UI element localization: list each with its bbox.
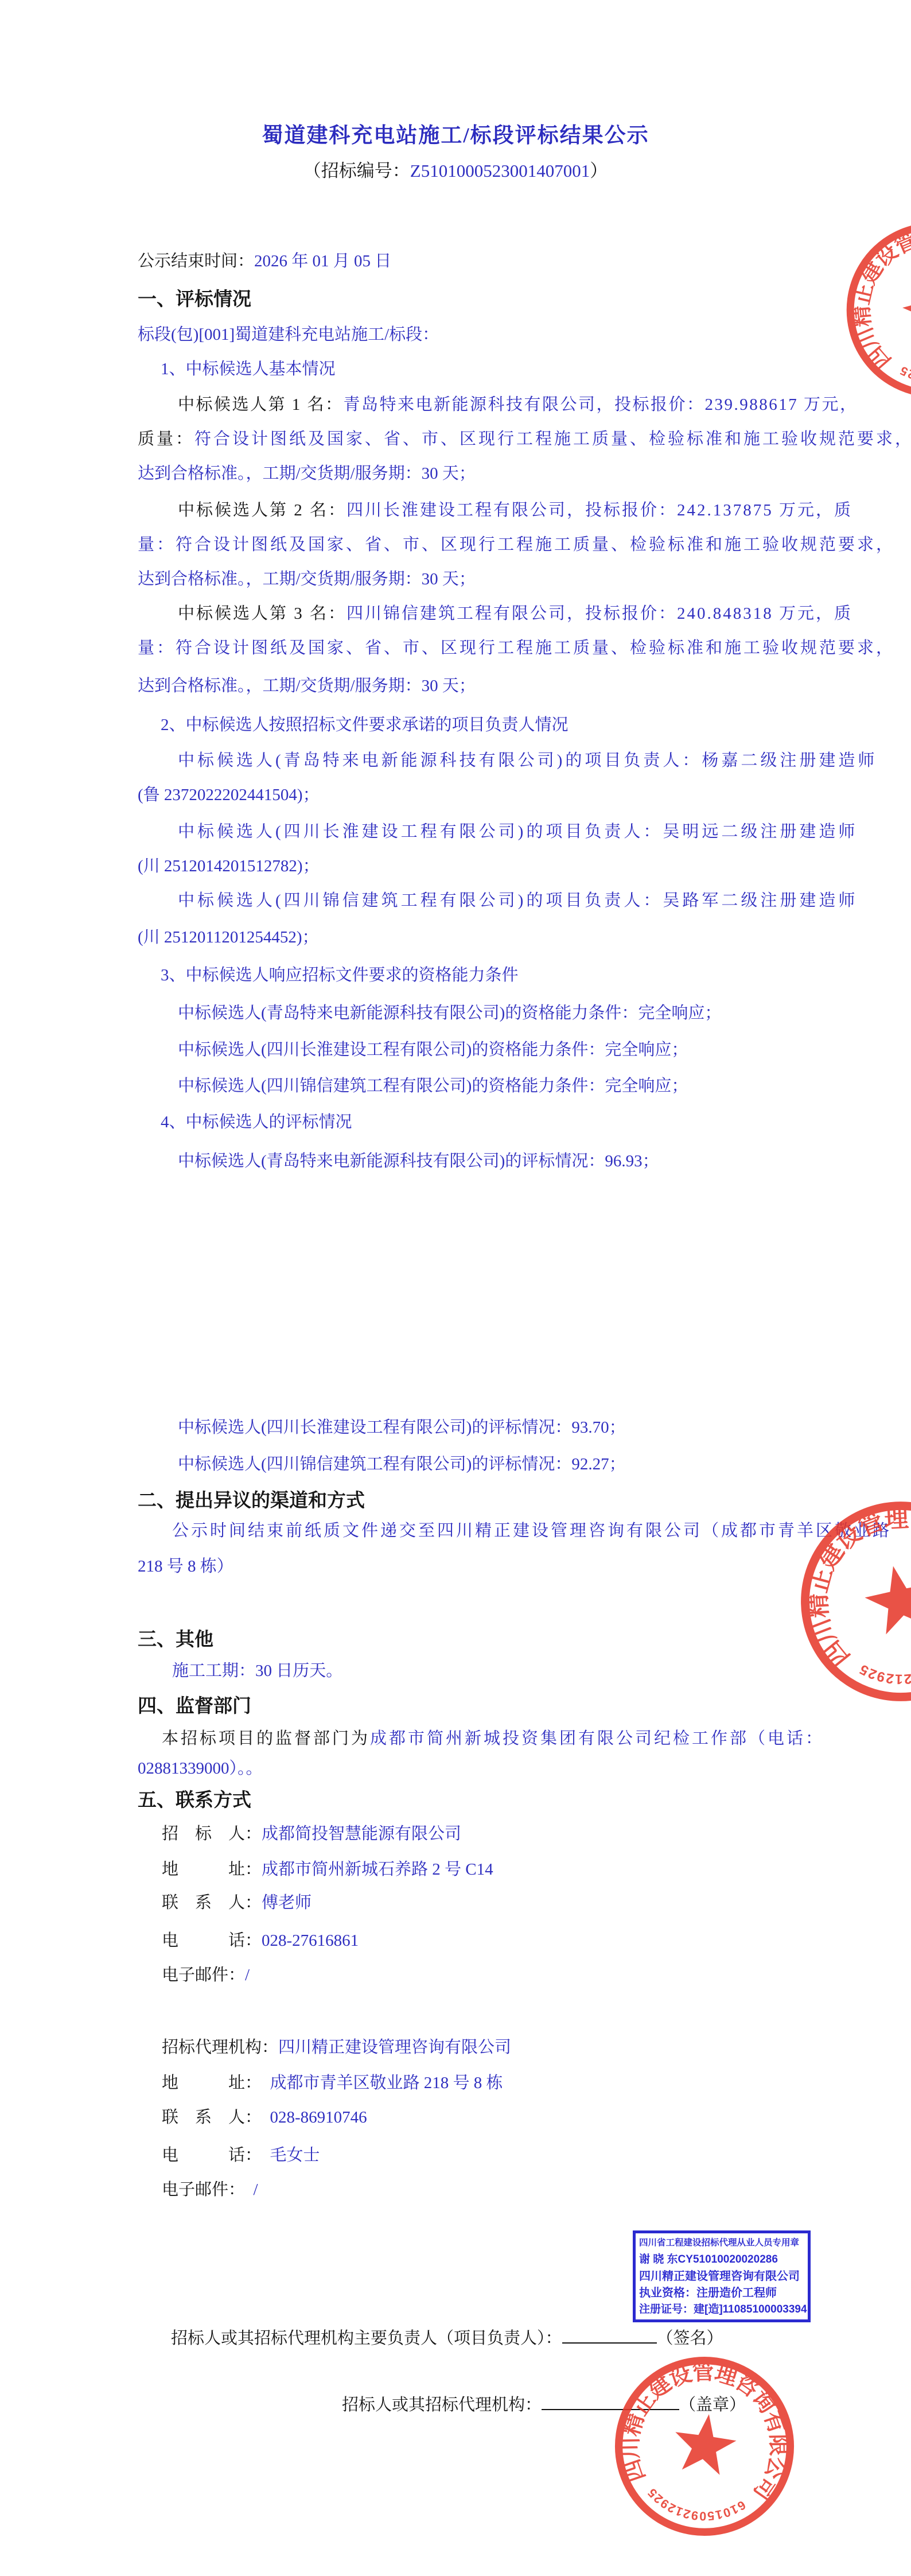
text-segment: 四川精正建设管理咨询有限公司 [278,2038,511,2057]
text-segment: (鲁 2372022202441504)； [138,786,320,804]
text-segment: 中标候选人(四川长淮建设工程有限公司)的资格能力条件：完全响应； [178,1041,688,1059]
doc-line: 电 话：028-27616861 [162,1927,359,1951]
doc-line: (川 2512011201254452)； [138,924,319,948]
doc-line: 地 址：成都市简州新城石养路 2 号 C14 [162,1856,493,1880]
text-segment: 四、监督部门 [138,1695,251,1716]
svg-text:有: 有 [759,2408,789,2437]
agent-stamp-line: 四川省工程建设招标代理从业人员专用章 [639,2235,804,2251]
text-segment: (川 2512011201254452)； [138,928,319,946]
text-segment: 成都市青羊区敬业路 218 号 8 栋 [254,2074,503,2092]
doc-line: 本招标项目的监督部门为成都市简州新城投资集团有限公司纪检工作部（电话： [162,1725,824,1749]
text-segment: 青岛特来电新能源科技有限公司，投标报价：239.988617 万元， [344,395,858,414]
text-segment: 成都市简州新城石养路 2 号 C14 [262,1860,493,1879]
svg-text:9: 9 [657,2496,671,2512]
text-segment: 达到合格标准。，工期/交货期/服务期：30 天； [138,677,476,695]
agent-stamp-line: 谢 晓 东CY51010020020286 [639,2252,804,2268]
svg-text:精: 精 [849,305,875,328]
doc-line: 标段(包)[001]蜀道建科充电站施工/标段： [138,321,439,345]
text-segment: 028-27616861 [262,1931,359,1950]
text-segment: 中标候选人(四川锦信建筑工程有限公司)的项目负责人：吴路军二级注册建造师 [178,891,858,910]
signature-blank-line [562,2322,657,2344]
doc-line: 中标候选人(四川长淮建设工程有限公司)的资格能力条件：完全响应； [178,1037,688,1060]
company-seal-icon: 四川精正建设管理咨询有限公司6101509212925 [597,2339,812,2554]
doc-line: 达到合格标准。，工期/交货期/服务期：30 天； [138,673,476,696]
text-segment: 成都简投智慧能源有限公司 [262,1825,461,1843]
svg-text:司: 司 [749,2473,781,2505]
svg-text:5: 5 [645,2486,660,2501]
text-segment: 招标人或其招标代理机构主要负责人（项目负责人）： [171,2329,562,2348]
text-segment: 中标候选人(四川长淮建设工程有限公司)的评标情况：93.70； [178,1418,626,1437]
text-segment: 联 系 人： [162,1894,262,1912]
text-segment: 电 话： [162,1931,262,1950]
agent-stamp-line: 执业资格：注册造价工程师 [639,2285,804,2301]
doc-line: 3、中标候选人响应招标文件要求的资格能力条件 [161,962,519,986]
text-segment: 傅老师 [262,1894,312,1912]
svg-text:建: 建 [813,1539,850,1574]
doc-line: 公示结束时间：2026 年 01 月 05 日 [138,248,391,271]
text-segment: 中标候选人第 3 名： [178,604,347,623]
text-segment: 公示时间结束前纸质文件递交至四川精正建设管理咨询有限公司（成都市青羊区敬业路 [172,1522,891,1540]
svg-text:5: 5 [898,363,910,378]
svg-text:川: 川 [807,1615,841,1647]
text-segment: / [245,1966,250,1984]
svg-text:理: 理 [712,2361,741,2391]
svg-text:正: 正 [849,281,877,307]
doc-line: 联 系 人： 028-86910746 [162,2104,367,2128]
doc-line: 地 址： 成都市青羊区敬业路 218 号 8 栋 [162,2070,503,2093]
text-segment: 五、联系方式 [138,1789,251,1810]
svg-text:0: 0 [721,2505,732,2521]
signature-blank-line [542,2389,679,2410]
text-segment: 二、提出异议的渠道和方式 [138,1489,365,1511]
doc-line: 中标候选人(四川长淮建设工程有限公司)的评标情况：93.70； [178,1414,626,1438]
text-segment: 中标候选人(四川长淮建设工程有限公司)的项目负责人：吴明远二级注册建造师 [178,823,858,841]
svg-text:1: 1 [728,2501,741,2517]
svg-text:设: 设 [666,2361,695,2392]
text-segment: (川 2512014201512782)； [138,857,320,875]
svg-text:1: 1 [895,1671,903,1686]
text-segment: 三、其他 [138,1628,213,1650]
text-segment: 2、中标候选人按照招标文件要求承诺的项目负责人情况 [161,716,569,734]
svg-text:5: 5 [707,2509,715,2524]
text-segment: 中标候选人(青岛特来电新能源科技有限公司)的资格能力条件：完全响应； [178,1004,721,1022]
text-segment: 招标代理机构： [162,2038,278,2057]
text-segment: 符合设计图纸及国家、省、市、区现行工程施工质量、检验标准和施工验收规范要求， [194,430,911,448]
section-heading: 一、评标情况 [138,284,251,311]
text-segment: 量：符合设计图纸及国家、省、市、区现行工程施工质量、检验标准和施工验收规范要求， [138,639,895,657]
document-page: 蜀道建科充电站施工/标段评标结果公示 （招标编号：Z51010005230014… [0,0,911,2576]
company-seal-icon: 四川精正建设管理咨询有限公司6101509212925 [775,1476,911,1728]
section-heading: 三、其他 [138,1624,213,1651]
text-segment: 218 号 8 栋） [138,1557,233,1576]
text-segment: 标段(包)[001]蜀道建科充电站施工/标段： [138,325,439,344]
svg-text:正: 正 [805,1565,838,1596]
svg-text:2: 2 [682,2506,692,2521]
text-segment: 中标候选人(青岛特来电新能源科技有限公司)的评标情况：96.93； [178,1152,659,1170]
text-segment: 联 系 人： [162,2108,254,2127]
text-segment: 招标人或其招标代理机构： [342,2396,542,2414]
svg-text:2: 2 [904,1671,911,1687]
svg-text:管: 管 [891,228,911,258]
text-segment: （签名） [657,2329,723,2348]
svg-text:2: 2 [665,2500,678,2516]
text-segment: 2026 年 01 月 05 日 [254,252,391,270]
text-segment: 1、中标候选人基本情况 [161,360,336,378]
tender-number-code: Z5101000523001407001 [410,161,590,181]
text-segment: 中标候选人(四川锦信建筑工程有限公司)的资格能力条件：完全响应； [178,1077,688,1095]
text-segment: 毛女士 [254,2146,320,2164]
agent-stamp-line: 四川精正建设管理咨询有限公司 [639,2268,804,2284]
doc-line: 02881339000）。。 [138,1755,263,1779]
svg-text:川: 川 [852,324,882,353]
svg-text:1: 1 [673,2504,685,2520]
svg-text:限: 限 [766,2434,791,2456]
svg-text:9: 9 [690,2508,699,2523]
text-segment: 02881339000）。。 [138,1759,263,1778]
text-segment: 质量： [138,430,194,448]
text-segment: 四川锦信建筑工程有限公司，投标报价：240.848318 万元，质 [347,604,852,623]
doc-line: 公示时间结束前纸质文件递交至四川精正建设管理咨询有限公司（成都市青羊区敬业路 [172,1518,891,1541]
doc-line: 量：符合设计图纸及国家、省、市、区现行工程施工质量、检验标准和施工验收规范要求， [138,532,895,555]
doc-line: 量：符合设计图纸及国家、省、市、区现行工程施工质量、检验标准和施工验收规范要求， [138,635,895,658]
svg-text:6: 6 [735,2498,748,2514]
company-seal-icon: 四川精正建设管理咨询有限公司6101509212925 [822,197,911,423]
doc-line: 招 标 人：成都简投智慧能源有限公司 [162,1821,461,1844]
doc-line: 联 系 人：傅老师 [162,1890,312,1913]
svg-text:5: 5 [857,1661,871,1678]
doc-line: 中标候选人第 2 名：四川长淮建设工程有限公司，投标报价：242.137875 … [178,497,852,521]
text-segment: 地 址： [162,2074,254,2092]
doc-line: 中标候选人第 3 名：四川锦信建筑工程有限公司，投标报价：240.848318 … [178,600,852,624]
doc-line: 中标候选人(青岛特来电新能源科技有限公司)的评标情况：96.93； [178,1148,659,1171]
tender-number-prefix: （招标编号： [303,161,410,181]
agent-stamp-line: 注册证号：建[造]11085100003394 [639,2302,804,2318]
doc-line: 达到合格标准。，工期/交货期/服务期：30 天； [138,566,476,589]
doc-line: 218 号 8 栋） [138,1553,233,1577]
text-segment: 中标候选人(青岛特来电新能源科技有限公司)的项目负责人：杨嘉二级注册建造师 [178,751,877,770]
tender-number-suffix: ） [590,161,608,181]
text-segment: 达到合格标准。，工期/交货期/服务期：30 天； [138,570,476,588]
section-heading: 五、联系方式 [138,1785,251,1812]
doc-line: 中标候选人(青岛特来电新能源科技有限公司)的项目负责人：杨嘉二级注册建造师 [178,747,877,771]
doc-line: 招标代理机构：四川精正建设管理咨询有限公司 [162,2034,511,2058]
doc-line: 中标候选人(四川长淮建设工程有限公司)的项目负责人：吴明远二级注册建造师 [178,818,858,842]
text-segment: （盖章） [679,2396,746,2414]
text-segment: 电子邮件： [162,2181,237,2199]
svg-text:公: 公 [760,2454,791,2482]
tender-number-line: （招标编号：Z5101000523001407001） [0,156,911,182]
doc-line: 1、中标候选人基本情况 [161,356,336,379]
svg-text:设: 设 [870,239,902,271]
section-heading: 四、监督部门 [138,1691,251,1718]
svg-text:2: 2 [906,367,911,382]
text-segment: 施工工期：30 日历天。 [172,1662,342,1680]
doc-line: 招标人或其招标代理机构主要负责人（项目负责人）：（签名） [171,2322,723,2349]
doc-line: 电子邮件： / [162,2177,258,2200]
doc-line: 电 话： 毛女士 [162,2142,320,2166]
doc-line: 4、中标候选人的评标情况 [161,1109,352,1132]
svg-text:2: 2 [885,1670,895,1687]
text-segment: 028-86910746 [254,2108,367,2127]
agent-registration-stamp: 四川省工程建设招标代理从业人员专用章谢 晓 东CY51010020020286四… [633,2230,811,2322]
svg-text:1: 1 [714,2507,724,2523]
section-heading: 二、提出异议的渠道和方式 [138,1485,365,1512]
svg-text:2: 2 [866,1665,879,1682]
doc-line: 达到合格标准。，工期/交货期/服务期：30 天； [138,460,476,484]
doc-line: 中标候选人(四川锦信建筑工程有限公司)的项目负责人：吴路军二级注册建造师 [178,887,858,911]
text-segment: 招 标 人： [162,1825,262,1843]
text-segment: / [237,2181,258,2199]
text-segment: 3、中标候选人响应招标文件要求的资格能力条件 [161,966,519,984]
text-segment: 四川长淮建设工程有限公司，投标报价：242.137875 万元，质 [347,501,852,519]
text-segment: 公示结束时间： [138,252,254,270]
svg-text:精: 精 [804,1593,833,1619]
text-segment: 一、评标情况 [138,288,251,309]
doc-line: 中标候选人(四川锦信建筑工程有限公司)的评标情况：92.27； [178,1451,626,1475]
svg-text:川: 川 [618,2437,643,2459]
doc-line: 电子邮件：/ [162,1962,250,1985]
text-segment: 中标候选人(四川锦信建筑工程有限公司)的评标情况：92.27； [178,1455,626,1473]
svg-text:四: 四 [818,1635,855,1671]
svg-text:四: 四 [863,342,896,374]
text-segment: 中标候选人第 2 名： [178,501,347,519]
doc-line: (川 2512014201512782)； [138,853,320,876]
text-segment: 电 话： [162,2146,254,2164]
svg-text:2: 2 [651,2491,666,2507]
doc-line: 施工工期：30 日历天。 [172,1658,342,1681]
page-title: 蜀道建科充电站施工/标段评标结果公示 [0,118,911,149]
svg-text:0: 0 [699,2509,707,2523]
doc-line: 质量：符合设计图纸及国家、省、市、区现行工程施工质量、检验标准和施工验收规范要求… [138,426,911,449]
doc-line: 中标候选人(四川锦信建筑工程有限公司)的资格能力条件：完全响应； [178,1073,688,1096]
doc-line: 中标候选人(青岛特来电新能源科技有限公司)的资格能力条件：完全响应； [178,1000,721,1023]
svg-text:咨: 咨 [906,1506,911,1538]
svg-text:9: 9 [875,1668,887,1685]
doc-line: 2、中标候选人按照招标文件要求承诺的项目负责人情况 [161,712,569,735]
text-segment: 量：符合设计图纸及国家、省、市、区现行工程施工质量、检验标准和施工验收规范要求， [138,536,895,554]
text-segment: 4、中标候选人的评标情况 [161,1113,352,1131]
text-segment: 中标候选人第 1 名： [178,395,344,414]
svg-text:四: 四 [620,2456,650,2485]
doc-line: 招标人或其招标代理机构：（盖章） [342,2389,746,2415]
text-segment: 达到合格标准。，工期/交货期/服务期：30 天； [138,464,476,483]
svg-text:管: 管 [692,2360,714,2385]
text-segment: 本招标项目的监督部门为 [162,1729,370,1748]
text-segment: 地 址： [162,1860,262,1879]
text-segment: 电子邮件： [162,1966,245,1984]
svg-text:建: 建 [856,257,887,288]
text-segment: 成都市简州新城投资集团有限公司纪检工作部（电话： [370,1729,824,1748]
doc-line: 中标候选人第 1 名：青岛特来电新能源科技有限公司，投标报价：239.98861… [178,391,858,415]
svg-text:询: 询 [747,2385,780,2418]
doc-line: (鲁 2372022202441504)； [138,782,320,805]
